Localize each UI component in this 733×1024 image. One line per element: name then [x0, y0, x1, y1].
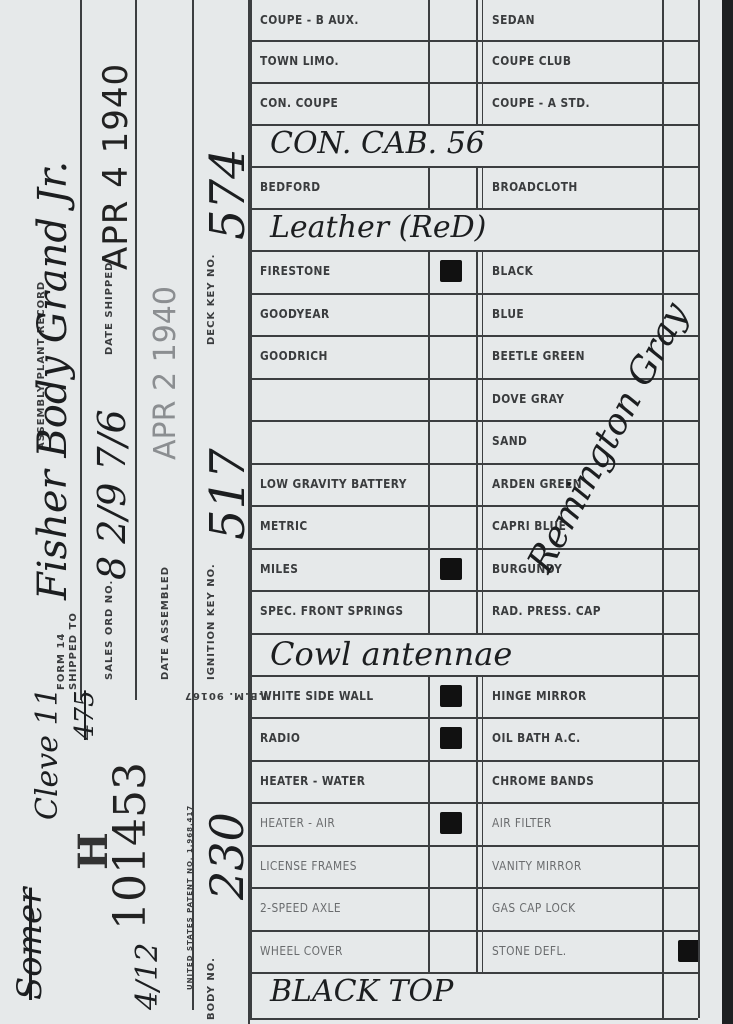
- handwritten-note: Somer: [10, 888, 50, 1000]
- cell-divider: [428, 82, 430, 124]
- body-no-value: 230: [200, 812, 254, 900]
- date-assembled-label: DATE ASSEMBLED: [160, 566, 171, 680]
- option-checkbox-left[interactable]: [432, 763, 474, 800]
- grid-border: [698, 0, 700, 1018]
- option-label: DOVE GRAY: [492, 391, 564, 406]
- cell-divider: [428, 760, 430, 803]
- option-label: TOWN LIMO.: [260, 53, 339, 68]
- cell-divider: [428, 250, 430, 293]
- cell-divider: [482, 82, 483, 124]
- option-label: WHITE SIDE WALL: [260, 688, 374, 703]
- cell-divider: [428, 505, 430, 548]
- cell-divider: [482, 930, 483, 973]
- grid-border: [662, 0, 664, 1018]
- cell-divider: [476, 845, 478, 888]
- option-checkbox-left[interactable]: [432, 508, 474, 545]
- cell-divider: [476, 250, 478, 293]
- cell-divider: [482, 378, 483, 421]
- cell-divider: [476, 760, 478, 803]
- date-assembled-value: APR 2 1940: [148, 286, 183, 460]
- row-divider: [250, 505, 698, 507]
- cell-divider: [482, 717, 483, 760]
- cell-divider: [476, 420, 478, 463]
- date-shipped-value: APR 4 1940: [96, 63, 136, 270]
- cell-divider: [476, 335, 478, 378]
- cell-divider: [482, 463, 483, 506]
- option-label: BLUE: [492, 306, 524, 321]
- option-checkbox-right[interactable]: [666, 466, 696, 503]
- cell-divider: [428, 930, 430, 973]
- option-label: LICENSE FRAMES: [260, 858, 357, 873]
- row-divider: [250, 250, 698, 252]
- checked-mark: [440, 685, 462, 707]
- option-checkbox-left[interactable]: [432, 423, 474, 460]
- row-divider: [250, 845, 698, 847]
- option-label: VANITY MIRROR: [492, 858, 582, 873]
- cell-divider: [482, 505, 483, 548]
- option-checkbox-left[interactable]: [432, 890, 474, 927]
- option-checkbox-left[interactable]: [432, 85, 474, 121]
- date-shipped-label: DATE SHIPPED: [104, 262, 115, 355]
- photo-edge: [722, 0, 733, 1024]
- option-label: COUPE CLUB: [492, 53, 571, 68]
- option-label: SAND: [492, 433, 527, 448]
- row-divider: [250, 760, 698, 762]
- cell-divider: [428, 548, 430, 591]
- form-number: FORM 14: [56, 633, 67, 690]
- row-divider: [250, 293, 698, 295]
- cell-divider: [428, 717, 430, 760]
- cell-divider: [482, 845, 483, 888]
- handwritten-entry: Cowl antennae: [270, 635, 512, 673]
- option-checkbox-right[interactable]: [666, 890, 696, 927]
- option-label: MILES: [260, 561, 298, 576]
- cell-divider: [476, 378, 478, 421]
- option-checkbox-right[interactable]: [666, 381, 696, 418]
- cell-divider: [482, 420, 483, 463]
- cell-divider: [482, 335, 483, 378]
- cell-divider: [476, 40, 478, 82]
- handwritten-entry: BLACK TOP: [270, 974, 453, 1009]
- cell-divider: [476, 675, 478, 718]
- option-label: STONE DEFL.: [492, 943, 567, 958]
- cell-divider: [482, 675, 483, 718]
- handwritten-note: 475: [70, 690, 100, 740]
- checked-mark: [440, 260, 462, 282]
- checked-mark: [440, 812, 462, 834]
- option-checkbox-left[interactable]: [432, 593, 474, 630]
- option-label: SPEC. FRONT SPRINGS: [260, 603, 403, 618]
- option-checkbox-left[interactable]: [432, 169, 474, 205]
- option-label: RAD. PRESS. CAP: [492, 603, 601, 618]
- option-checkbox-left[interactable]: [432, 933, 474, 970]
- handwritten-note: 4/12: [130, 943, 165, 1010]
- body-letter-stamp: H: [70, 832, 117, 870]
- cell-divider: [476, 463, 478, 506]
- cell-divider: [476, 590, 478, 633]
- cell-divider: [428, 293, 430, 336]
- cell-divider: [482, 887, 483, 930]
- ignition-key-label: IGNITION KEY NO.: [206, 563, 217, 680]
- option-checkbox-right[interactable]: [666, 805, 696, 842]
- option-checkbox-left[interactable]: [432, 43, 474, 79]
- option-label: WHEEL COVER: [260, 943, 343, 958]
- cell-divider: [428, 166, 430, 208]
- cell-divider: [482, 166, 483, 208]
- option-label: LOW GRAVITY BATTERY: [260, 476, 407, 491]
- handwritten-entry: Leather (ReD): [270, 210, 486, 245]
- option-checkbox-right[interactable]: [666, 593, 696, 630]
- cell-divider: [476, 82, 478, 124]
- row-divider: [250, 335, 698, 337]
- option-label: COUPE - B AUX.: [260, 12, 359, 27]
- row-divider: [250, 717, 698, 719]
- option-checkbox-left[interactable]: [432, 381, 474, 418]
- option-label: BLACK: [492, 263, 533, 278]
- option-checkbox-right[interactable]: [666, 253, 696, 290]
- row-divider: [250, 1018, 698, 1020]
- option-label: 2-SPEED AXLE: [260, 900, 341, 915]
- option-checkbox-left[interactable]: [432, 848, 474, 885]
- option-label: SEDAN: [492, 12, 535, 27]
- cell-divider: [428, 335, 430, 378]
- option-checkbox-right[interactable]: [666, 3, 696, 37]
- cell-divider: [476, 166, 478, 208]
- cell-divider: [482, 293, 483, 336]
- divider: [80, 0, 82, 700]
- row-divider: [250, 82, 698, 84]
- option-checkbox-left[interactable]: [432, 3, 474, 37]
- option-checkbox-right[interactable]: [666, 551, 696, 588]
- cell-divider: [428, 420, 430, 463]
- option-checkbox-left[interactable]: [432, 466, 474, 503]
- row-divider: [250, 463, 698, 465]
- cell-divider: [428, 590, 430, 633]
- ibm-number: I.B.M. 90167: [184, 690, 267, 701]
- cell-divider: [428, 802, 430, 845]
- cell-divider: [482, 40, 483, 82]
- option-label: AIR FILTER: [492, 815, 552, 830]
- shipped-to-value: Fisher Body Grand Jr.: [30, 161, 76, 600]
- cell-divider: [476, 293, 478, 336]
- option-checkbox-left[interactable]: [432, 338, 474, 375]
- option-checkbox-right[interactable]: [666, 720, 696, 757]
- option-label: FIRESTONE: [260, 263, 331, 278]
- cell-divider: [428, 675, 430, 718]
- option-label: HEATER - WATER: [260, 773, 365, 788]
- cell-divider: [428, 378, 430, 421]
- handwritten-entry: CON. CAB. 56: [270, 126, 485, 161]
- cell-divider: [482, 0, 483, 40]
- checked-mark: [678, 940, 700, 962]
- sales-order-value: 8 2/9 7/6: [90, 409, 134, 580]
- cell-divider: [476, 887, 478, 930]
- row-divider: [250, 675, 698, 677]
- cell-divider: [476, 930, 478, 973]
- option-checkbox-left[interactable]: [432, 296, 474, 333]
- sales-order-label: SALES ORD NO.: [104, 580, 115, 680]
- option-label: CON. COUPE: [260, 95, 338, 110]
- option-label: BEETLE GREEN: [492, 348, 585, 363]
- body-no-label: BODY NO.: [206, 957, 217, 1020]
- option-label: CHROME BANDS: [492, 773, 594, 788]
- row-divider: [250, 802, 698, 804]
- row-divider: [250, 590, 698, 592]
- cell-divider: [428, 845, 430, 888]
- option-label: BEDFORD: [260, 179, 320, 194]
- row-divider: [250, 166, 698, 168]
- deck-key-value: 574: [200, 148, 256, 240]
- deck-key-label: DECK KEY NO.: [206, 254, 217, 345]
- row-divider: [250, 887, 698, 889]
- cell-divider: [428, 463, 430, 506]
- cell-divider: [482, 590, 483, 633]
- option-label: HINGE MIRROR: [492, 688, 587, 703]
- option-checkbox-right[interactable]: [666, 508, 696, 545]
- option-checkbox-right[interactable]: [666, 848, 696, 885]
- cell-divider: [428, 40, 430, 82]
- option-checkbox-right[interactable]: [666, 678, 696, 715]
- option-checkbox-right[interactable]: [666, 43, 696, 79]
- option-checkbox-right[interactable]: [666, 763, 696, 800]
- ignition-key-value: 517: [200, 448, 256, 540]
- option-label: METRIC: [260, 518, 308, 533]
- cell-divider: [482, 250, 483, 293]
- cell-divider: [476, 717, 478, 760]
- grid-border: [250, 0, 252, 1018]
- assembly-plant-record-card: ASSEMBLY PLANT RECORD FORM 14 SHIPPED TO…: [0, 0, 722, 1024]
- option-label: GOODYEAR: [260, 306, 330, 321]
- cell-divider: [476, 505, 478, 548]
- cell-divider: [428, 887, 430, 930]
- cell-divider: [482, 760, 483, 803]
- row-divider: [250, 930, 698, 932]
- option-label: RADIO: [260, 730, 300, 745]
- option-label: GAS CAP LOCK: [492, 900, 575, 915]
- cell-divider: [428, 0, 430, 40]
- cell-divider: [482, 802, 483, 845]
- row-divider: [250, 548, 698, 550]
- checked-mark: [440, 727, 462, 749]
- shipped-to-label: SHIPPED TO: [68, 612, 79, 690]
- patent-text: UNITED STATES PATENT NO. 1,968,417: [186, 805, 194, 990]
- option-label: BROADCLOTH: [492, 179, 578, 194]
- checked-mark: [440, 558, 462, 580]
- cell-divider: [482, 548, 483, 591]
- option-label: GOODRICH: [260, 348, 328, 363]
- option-label: HEATER - AIR: [260, 815, 335, 830]
- cell-divider: [476, 548, 478, 591]
- handwritten-note: Cleve 11: [30, 687, 65, 820]
- option-checkbox-right[interactable]: [666, 423, 696, 460]
- cell-divider: [476, 802, 478, 845]
- option-checkbox-right[interactable]: [666, 169, 696, 205]
- option-label: COUPE - A STD.: [492, 95, 590, 110]
- cell-divider: [476, 0, 478, 40]
- option-checkbox-right[interactable]: [666, 85, 696, 121]
- row-divider: [250, 40, 698, 42]
- option-label: OIL BATH A.C.: [492, 730, 581, 745]
